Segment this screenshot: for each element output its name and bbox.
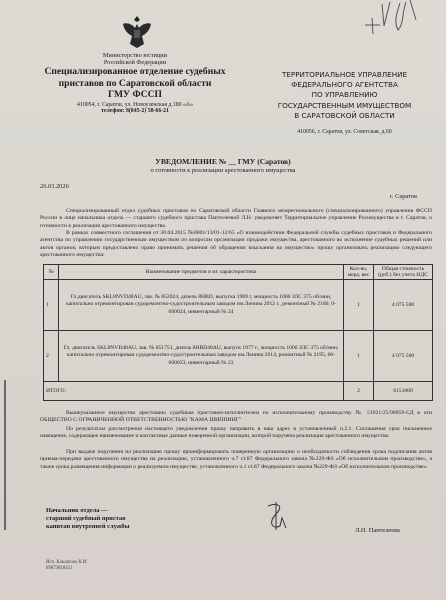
position-line: Начальник отдела —: [46, 507, 129, 515]
recipient-address: 410056, г. Саратов, ул. Советская, д.60: [262, 128, 427, 136]
executor-phone: 89873818421: [46, 566, 88, 572]
recipient-line: ПО УПРАВЛЕНИЮ: [262, 90, 427, 100]
org-name: Специализированное отделение судебных: [40, 66, 230, 77]
handwritten-annotation-icon: [360, 0, 420, 35]
sender-header: Министерство юстиции Российской Федераци…: [40, 52, 230, 115]
recipient-line: ТЕРРИТОРИАЛЬНОЕ УПРАВЛЕНИЕ: [262, 70, 427, 80]
paragraph-agreement: В рамках совместного соглашения от 30.04…: [40, 230, 432, 259]
table-row: 2 Гл. двигатель SKL8NVD48AU, зав. № 8517…: [44, 331, 433, 382]
document-title: УВЕДОМЛЕНИЕ № __ ГМУ (Саратов): [0, 157, 446, 166]
recipient-line: В САРАТОВСКОЙ ОБЛАСТИ: [262, 111, 427, 121]
row-qty: 1: [344, 280, 374, 331]
document-subtitle: о готовности к реализации арестованного …: [0, 167, 446, 174]
ministry-line: Российской Федерации: [40, 59, 230, 66]
row-num: 2: [44, 331, 59, 382]
org-name: ГМУ ФССП: [40, 89, 230, 100]
col-header-qty: Кол-во, мера, вес: [344, 265, 374, 280]
signatory-position: Начальник отдела — старший судебный прис…: [46, 507, 129, 531]
items-table: № Наименование предметов и их характерис…: [43, 264, 433, 401]
row-description: Гл. двигатель SKL8NVD48AU, зав. № 851751…: [59, 331, 344, 382]
total-cost: 8151000: [374, 382, 433, 401]
table-row: 1 Гл.двигатель SKL8NVD48AU, зав. № 85202…: [44, 280, 433, 331]
paragraph-arrest: Вышеуказанное имущество арестовано судеб…: [40, 410, 432, 425]
paragraph-request: По результатам рассмотрения настоящего у…: [40, 426, 432, 441]
recipient-header: ТЕРРИТОРИАЛЬНОЕ УПРАВЛЕНИЕ ФЕДЕРАЛЬНОГО …: [262, 70, 427, 136]
document-page: Министерство юстиции Российской Федераци…: [0, 0, 446, 600]
position-line: капитан внутренней службы: [46, 523, 129, 531]
document-city: г. Саратов: [390, 193, 417, 200]
paragraph-instruction: При выдаче поручения на реализацию прошу…: [40, 449, 432, 471]
total-label: ИТОГО:: [44, 382, 344, 401]
row-description: Гл.двигатель SKL8NVD48AU, зав. № 852024,…: [59, 280, 344, 331]
recipient-line: ГОСУДАРСТВЕННЫМ ИМУЩЕСТВОМ: [262, 101, 427, 111]
total-qty: 2: [344, 382, 374, 401]
row-cost: 4 075 500: [374, 280, 433, 331]
paragraph-intro: Специализированный отдел судебных приста…: [40, 208, 432, 230]
signatory-name: Л.Н. Пантелеева: [355, 527, 400, 534]
table-total-row: ИТОГО: 2 8151000: [44, 382, 433, 401]
table-header-row: № Наименование предметов и их характерис…: [44, 265, 433, 280]
handwritten-signature-icon: [262, 500, 292, 532]
page-edge-shadow: [4, 380, 6, 530]
recipient-line: ФЕДЕРАЛЬНОГО АГЕНТСТВА: [262, 80, 427, 90]
sender-phone: телефон: 8(845-2) 58-66-21: [40, 108, 230, 115]
document-date: 26.03.2026: [40, 183, 69, 190]
col-header-cost: Общая стоимость (руб.) без учета НДС: [374, 265, 433, 280]
col-header-num: №: [44, 265, 59, 280]
row-num: 1: [44, 280, 59, 331]
org-name: приставов по Саратовской области: [40, 78, 230, 89]
executor-info: Исп. Кашапова К.И. 89873818421: [46, 560, 88, 572]
row-qty: 1: [344, 331, 374, 382]
ministry-line: Министерство юстиции: [40, 52, 230, 59]
col-header-name: Наименование предметов и их характеристи…: [59, 265, 344, 280]
position-line: старший судебный пристав: [46, 515, 129, 523]
russian-eagle-emblem-icon: [120, 14, 154, 50]
row-cost: 4 075 500: [374, 331, 433, 382]
